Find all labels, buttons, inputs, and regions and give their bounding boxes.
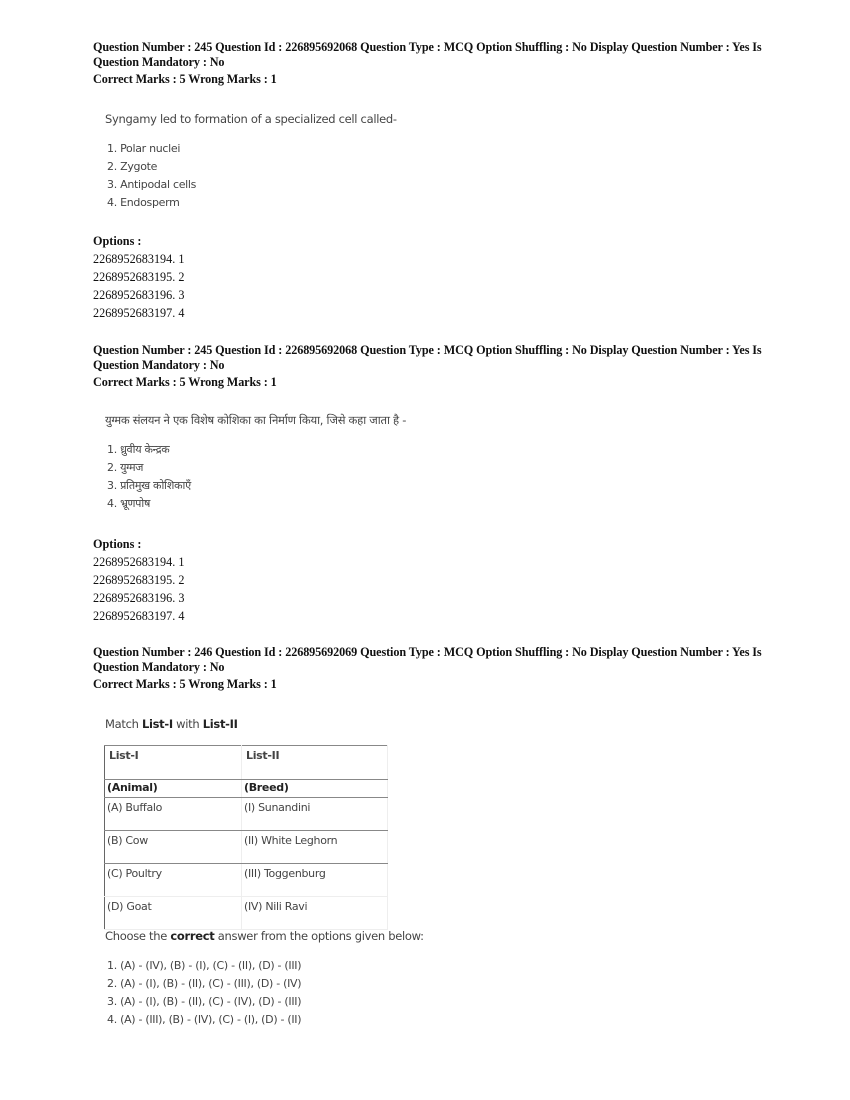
header-cell: List-I bbox=[105, 746, 242, 780]
table-row: (D) Goat (IV) Nili Ravi bbox=[105, 897, 388, 930]
choose-instruction: Choose the correct answer from the optio… bbox=[105, 929, 424, 943]
option-id: 2268952683194. 1 bbox=[93, 553, 184, 571]
choice-item: 3. (A) - (I), (B) - (II), (C) - (IV), (D… bbox=[107, 993, 301, 1011]
options-title: Options : bbox=[93, 232, 184, 250]
choose-text: answer from the options given below: bbox=[214, 929, 423, 943]
intro-list1: List-I bbox=[142, 717, 173, 731]
meta-line-2: Question Mandatory : No bbox=[93, 660, 224, 674]
option-id: 2268952683197. 4 bbox=[93, 304, 184, 322]
table-cell: (B) Cow bbox=[105, 831, 242, 864]
choice-list-hindi: 1. ध्रुवीय केन्द्रक 2. युग्मज 3. प्रतिमु… bbox=[107, 441, 191, 513]
table-cell: (IV) Nili Ravi bbox=[242, 897, 388, 930]
question-245-meta: Question Number : 245 Question Id : 2268… bbox=[93, 40, 773, 87]
subheader-cell: (Breed) bbox=[242, 780, 388, 798]
choose-text: Choose the bbox=[105, 929, 170, 943]
choose-bold: correct bbox=[170, 929, 214, 943]
choice-item: 4. भ्रूणपोष bbox=[107, 495, 191, 513]
table-subheader-row: (Animal) (Breed) bbox=[105, 780, 388, 798]
choice-item: 3. प्रतिमुख कोशिकाएँ bbox=[107, 477, 191, 495]
choice-item: 4. (A) - (III), (B) - (IV), (C) - (I), (… bbox=[107, 1011, 301, 1029]
meta-line-2: Question Mandatory : No bbox=[93, 358, 224, 372]
question-text-hindi: युग्मक संलयन ने एक विशेष कोशिका का निर्म… bbox=[105, 413, 406, 428]
option-id: 2268952683196. 3 bbox=[93, 286, 184, 304]
question-text: Syngamy led to formation of a specialize… bbox=[105, 112, 397, 126]
table-cell: (I) Sunandini bbox=[242, 798, 388, 831]
choice-item: 1. ध्रुवीय केन्द्रक bbox=[107, 441, 191, 459]
header-cell: List-II bbox=[242, 746, 388, 780]
marks-line: Correct Marks : 5 Wrong Marks : 1 bbox=[93, 72, 773, 87]
option-id: 2268952683196. 3 bbox=[93, 589, 184, 607]
option-id: 2268952683197. 4 bbox=[93, 607, 184, 625]
choice-item: 1. Polar nuclei bbox=[107, 140, 196, 158]
match-table: List-I List-II (Animal) (Breed) (A) Buff… bbox=[104, 745, 388, 930]
question-245-hindi-meta: Question Number : 245 Question Id : 2268… bbox=[93, 343, 773, 390]
table-cell: (III) Toggenburg bbox=[242, 864, 388, 897]
choice-item: 2. Zygote bbox=[107, 158, 196, 176]
options-block: Options : 2268952683194. 1 2268952683195… bbox=[93, 535, 184, 625]
meta-line-1: Question Number : 246 Question Id : 2268… bbox=[93, 645, 762, 659]
table-cell: (A) Buffalo bbox=[105, 798, 242, 831]
match-intro: Match List-I with List-II bbox=[105, 717, 238, 731]
meta-line-1: Question Number : 245 Question Id : 2268… bbox=[93, 40, 762, 54]
options-title: Options : bbox=[93, 535, 184, 553]
subheader-cell: (Animal) bbox=[105, 780, 242, 798]
question-246-meta: Question Number : 246 Question Id : 2268… bbox=[93, 645, 773, 692]
marks-line: Correct Marks : 5 Wrong Marks : 1 bbox=[93, 375, 773, 390]
choice-item: 3. Antipodal cells bbox=[107, 176, 196, 194]
table-row: (A) Buffalo (I) Sunandini bbox=[105, 798, 388, 831]
table-header-row: List-I List-II bbox=[105, 746, 388, 780]
options-block: Options : 2268952683194. 1 2268952683195… bbox=[93, 232, 184, 322]
table-row: (B) Cow (II) White Leghorn bbox=[105, 831, 388, 864]
meta-line-1: Question Number : 245 Question Id : 2268… bbox=[93, 343, 762, 357]
meta-line-2: Question Mandatory : No bbox=[93, 55, 224, 69]
table-row: (C) Poultry (III) Toggenburg bbox=[105, 864, 388, 897]
intro-list2: List-II bbox=[203, 717, 238, 731]
intro-text: Match bbox=[105, 717, 142, 731]
choice-list: 1. Polar nuclei 2. Zygote 3. Antipodal c… bbox=[107, 140, 196, 212]
choice-item: 1. (A) - (IV), (B) - (I), (C) - (II), (D… bbox=[107, 957, 301, 975]
table-cell: (D) Goat bbox=[105, 897, 242, 930]
choice-list: 1. (A) - (IV), (B) - (I), (C) - (II), (D… bbox=[107, 957, 301, 1029]
table-cell: (II) White Leghorn bbox=[242, 831, 388, 864]
marks-line: Correct Marks : 5 Wrong Marks : 1 bbox=[93, 677, 773, 692]
option-id: 2268952683195. 2 bbox=[93, 268, 184, 286]
option-id: 2268952683194. 1 bbox=[93, 250, 184, 268]
choice-item: 2. (A) - (I), (B) - (II), (C) - (III), (… bbox=[107, 975, 301, 993]
intro-text: with bbox=[173, 717, 203, 731]
table-cell: (C) Poultry bbox=[105, 864, 242, 897]
option-id: 2268952683195. 2 bbox=[93, 571, 184, 589]
choice-item: 2. युग्मज bbox=[107, 459, 191, 477]
choice-item: 4. Endosperm bbox=[107, 194, 196, 212]
